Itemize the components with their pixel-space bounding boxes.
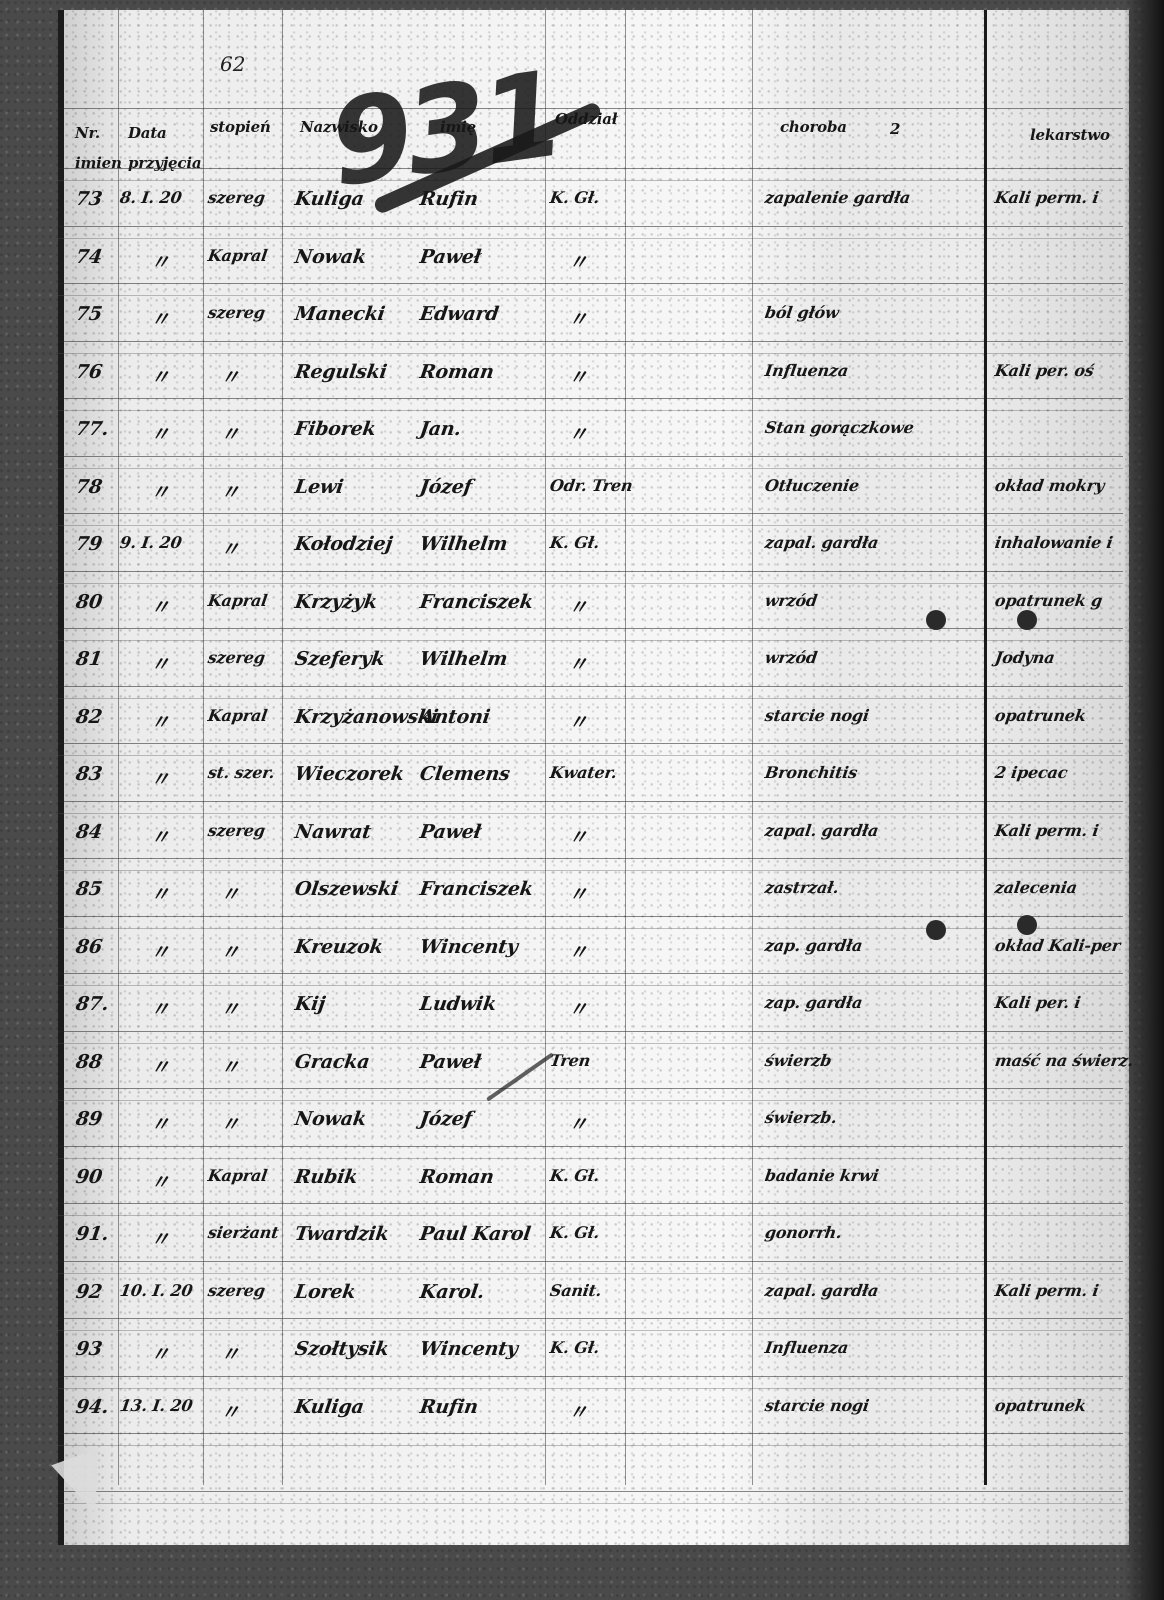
cell-given: Wincenty: [418, 1338, 519, 1360]
ruled-line-faint: [58, 583, 1123, 584]
cell-treatment: zalecenia: [994, 878, 1079, 897]
cell-rank: 〃: [220, 1051, 240, 1080]
cell-illness: Influenza: [764, 361, 850, 380]
cell-rank: 〃: [220, 533, 240, 562]
cell-rank: 〃: [220, 936, 240, 965]
cell-unit: 〃: [568, 303, 588, 332]
ruled-line: [58, 1376, 1123, 1377]
cell-no: 74: [74, 246, 103, 268]
cell-rank: szereg: [207, 1281, 267, 1300]
ruled-line: [58, 456, 1123, 457]
cell-rank: 〃: [220, 1108, 240, 1137]
cell-illness: badanie krwi: [764, 1166, 880, 1185]
cell-no: 94.: [74, 1396, 110, 1418]
cell-treatment: okład Kali-per: [994, 936, 1122, 955]
cell-date: 〃: [150, 1051, 170, 1080]
cell-given: Wilhelm: [418, 648, 508, 670]
ruled-line: [58, 1203, 1123, 1204]
cell-surname: Nawrat: [293, 821, 372, 843]
ruled-line: [58, 513, 1123, 514]
cell-treatment: opatrunek: [994, 706, 1087, 725]
ruled-line: [58, 168, 1123, 169]
ruled-line-faint: [58, 985, 1123, 986]
ruled-line-faint: [58, 180, 1123, 181]
cell-surname: Fiborek: [293, 418, 377, 440]
cell-illness: Bronchitis: [764, 763, 859, 782]
cell-unit: Odr. Tren: [549, 476, 634, 495]
cell-treatment: Kali perm. i: [994, 821, 1100, 840]
cell-rank: 〃: [220, 1338, 240, 1367]
cell-given: Franciszek: [418, 878, 534, 900]
cell-no: 86: [74, 936, 103, 958]
page-number: 62: [220, 52, 245, 76]
cell-surname: Lewi: [293, 476, 344, 498]
cell-no: 76: [74, 361, 103, 383]
cell-given: Karol.: [418, 1281, 485, 1303]
ruled-line-faint: [58, 1445, 1123, 1446]
cell-no: 82: [74, 706, 103, 728]
ruled-line-faint: [58, 238, 1123, 239]
header-given-name: imię: [440, 118, 476, 136]
cell-date: 〃: [150, 361, 170, 390]
cell-date: 〃: [150, 591, 170, 620]
ruled-line-faint: [58, 410, 1123, 411]
ruled-line: [58, 1088, 1123, 1089]
cell-no: 89: [74, 1108, 103, 1130]
cell-no: 79: [74, 533, 103, 555]
cell-given: Paweł: [418, 1051, 482, 1073]
cell-illness: zap. gardła: [764, 993, 864, 1012]
cell-unit: K. Gł.: [549, 1338, 601, 1357]
ruled-line-faint: [58, 1273, 1123, 1274]
cell-given: Wilhelm: [418, 533, 508, 555]
cell-illness: starcie nogi: [764, 1396, 871, 1415]
cell-given: Edward: [418, 303, 500, 325]
cell-date: 〃: [150, 476, 170, 505]
cell-surname: Szołtysik: [293, 1338, 390, 1360]
column-divider: [545, 10, 546, 1485]
cell-given: Ludwik: [418, 993, 497, 1015]
cell-treatment: opatrunek g: [994, 591, 1104, 610]
cell-no: 90: [74, 1166, 103, 1188]
ruled-line-faint: [58, 813, 1123, 814]
ruled-line-faint: [58, 1388, 1123, 1389]
cell-unit: 〃: [568, 361, 588, 390]
header-illness-mark: 2: [890, 120, 900, 138]
ruled-line: [58, 1261, 1123, 1262]
ruled-line-faint: [58, 1215, 1123, 1216]
cell-rank: Kapral: [207, 246, 269, 265]
ruled-line: [58, 858, 1123, 859]
cell-rank: Kapral: [207, 1166, 269, 1185]
header-treatment: lekarstwo: [1030, 126, 1110, 144]
column-divider: [118, 10, 119, 1485]
cell-illness: świerzb: [764, 1051, 833, 1070]
cell-given: Franciszek: [418, 591, 534, 613]
column-divider: [752, 10, 753, 1485]
cell-treatment: maść na świerz.: [994, 1051, 1135, 1070]
cell-no: 73: [74, 188, 103, 210]
cell-date: 〃: [150, 706, 170, 735]
ruled-line-faint: [58, 1330, 1123, 1331]
cell-given: Paweł: [418, 246, 482, 268]
header-date: Data przyjęcia: [128, 118, 198, 178]
cell-treatment: Kali per. i: [994, 993, 1082, 1012]
cell-unit: 〃: [568, 418, 588, 447]
cell-unit: 〃: [568, 591, 588, 620]
binding-shadow: [1124, 0, 1164, 1600]
cell-rank: szereg: [207, 303, 267, 322]
column-divider-heavy: [984, 10, 987, 1485]
cell-date: 〃: [150, 303, 170, 332]
cell-rank: 〃: [220, 993, 240, 1022]
cell-rank: sierżant: [207, 1223, 280, 1242]
cell-date: 8. I. 20: [119, 188, 183, 207]
cell-surname: Gracka: [293, 1051, 370, 1073]
cell-unit: K. Gł.: [549, 533, 601, 552]
cell-unit: 〃: [568, 706, 588, 735]
cell-treatment: Jodyna: [994, 648, 1056, 667]
cell-given: Rufin: [418, 188, 479, 210]
cell-unit: K. Gł.: [549, 1223, 601, 1242]
ruled-line-faint: [58, 698, 1123, 699]
header-unit: Oddział: [555, 110, 617, 128]
cell-illness: gonorrh.: [764, 1223, 843, 1242]
cell-rank: 〃: [220, 1396, 240, 1425]
cell-illness: zapal. gardła: [764, 821, 880, 840]
cell-treatment: inhalowanie i: [994, 533, 1114, 552]
cell-illness: zapal. gardła: [764, 1281, 880, 1300]
cell-no: 83: [74, 763, 103, 785]
cell-unit: 〃: [568, 936, 588, 965]
ruled-line: [58, 916, 1123, 917]
cell-no: 78: [74, 476, 103, 498]
ruled-line-faint: [58, 1158, 1123, 1159]
ruled-line: [58, 1318, 1123, 1319]
header-no-text: Nr. imien: [75, 118, 115, 178]
punch-hole: [926, 610, 946, 630]
cell-no: 77.: [74, 418, 110, 440]
cell-surname: Nowak: [293, 1108, 367, 1130]
cell-unit: 〃: [568, 1396, 588, 1425]
ruled-line: [58, 571, 1123, 572]
cell-rank: Kapral: [207, 591, 269, 610]
ruled-line-faint: [58, 1503, 1123, 1504]
cell-given: Roman: [418, 1166, 495, 1188]
cell-surname: Kołodziej: [293, 533, 393, 555]
ruled-line: [58, 1031, 1123, 1032]
cell-illness: Otłuczenie: [764, 476, 861, 495]
cell-date: 9. I. 20: [119, 533, 183, 552]
cell-treatment: opatrunek: [994, 1396, 1087, 1415]
cell-unit: 〃: [568, 1108, 588, 1137]
cell-given: Clemens: [418, 763, 511, 785]
ruled-line: [58, 801, 1123, 802]
cell-no: 80: [74, 591, 103, 613]
cell-treatment: Kali perm. i: [994, 1281, 1100, 1300]
cell-given: Roman: [418, 361, 495, 383]
cell-no: 84: [74, 821, 103, 843]
cell-no: 81: [74, 648, 103, 670]
cell-illness: ból głów: [764, 303, 840, 322]
ruled-line-faint: [58, 468, 1123, 469]
header-rank: stopień: [210, 118, 271, 136]
cell-unit: K. Gł.: [549, 188, 601, 207]
cell-date: 13. I. 20: [119, 1396, 194, 1415]
cell-date: 〃: [150, 936, 170, 965]
ruled-line: [58, 686, 1123, 687]
cell-illness: wrzód: [764, 591, 819, 610]
cell-unit: Sanit.: [549, 1281, 603, 1300]
cell-given: Jan.: [418, 418, 462, 440]
cell-date: 〃: [150, 1338, 170, 1367]
ruled-line: [58, 743, 1123, 744]
cell-no: 88: [74, 1051, 103, 1073]
cell-treatment: okład mokry: [994, 476, 1106, 495]
cell-illness: Influenza: [764, 1338, 850, 1357]
ruled-line-faint: [58, 525, 1123, 526]
cell-date: 〃: [150, 418, 170, 447]
cell-no: 85: [74, 878, 103, 900]
cell-given: Józef: [418, 476, 473, 498]
cell-surname: Krzyżyk: [293, 591, 378, 613]
ruled-line-faint: [58, 295, 1123, 296]
cell-illness: zapalenie gardła: [764, 188, 912, 207]
cell-surname: Kij: [293, 993, 326, 1015]
cell-date: 〃: [150, 1108, 170, 1137]
punch-hole: [1017, 915, 1037, 935]
cell-date: 10. I. 20: [119, 1281, 194, 1300]
cell-treatment: 2 ipecac: [994, 763, 1069, 782]
ruled-line: [58, 1491, 1123, 1492]
header-illness: choroba: [780, 118, 847, 136]
cell-no: 91.: [74, 1223, 110, 1245]
cell-surname: Lorek: [293, 1281, 356, 1303]
cell-unit: 〃: [568, 993, 588, 1022]
cell-given: Paul Karol: [418, 1223, 532, 1245]
cell-surname: Kuliga: [293, 1396, 365, 1418]
cell-unit: Kwater.: [549, 763, 618, 782]
cell-no: 92: [74, 1281, 103, 1303]
cell-date: 〃: [150, 1166, 170, 1195]
column-divider: [625, 10, 626, 1485]
cell-surname: Manecki: [293, 303, 386, 325]
cell-unit: K. Gł.: [549, 1166, 601, 1185]
ruled-line: [58, 628, 1123, 629]
cell-no: 75: [74, 303, 103, 325]
header-surname: Nazwisko: [300, 118, 378, 136]
cell-date: 〃: [150, 1223, 170, 1252]
cell-surname: Wieczorek: [293, 763, 405, 785]
cell-rank: Kapral: [207, 706, 269, 725]
ruled-line: [58, 341, 1123, 342]
cell-date: 〃: [150, 821, 170, 850]
cell-rank: szereg: [207, 188, 267, 207]
cell-rank: 〃: [220, 878, 240, 907]
ruled-line-faint: [58, 353, 1123, 354]
cell-surname: Kuliga: [293, 188, 365, 210]
ruled-line: [58, 1146, 1123, 1147]
ruled-line-faint: [58, 870, 1123, 871]
cell-illness: starcie nogi: [764, 706, 871, 725]
column-divider: [203, 10, 204, 1485]
ruled-line: [58, 283, 1123, 284]
cell-illness: zap. gardła: [764, 936, 864, 955]
ruled-line: [58, 973, 1123, 974]
ruled-line-faint: [58, 755, 1123, 756]
cell-no: 87.: [74, 993, 110, 1015]
cell-rank: 〃: [220, 418, 240, 447]
ruled-line: [58, 398, 1123, 399]
column-divider: [282, 10, 283, 1485]
cell-surname: Nowak: [293, 246, 367, 268]
cell-date: 〃: [150, 763, 170, 792]
cell-treatment: Kali perm. i: [994, 188, 1100, 207]
cell-surname: Krzyżanowski: [293, 706, 439, 728]
cell-rank: 〃: [220, 361, 240, 390]
cell-date: 〃: [150, 993, 170, 1022]
cell-rank: 〃: [220, 476, 240, 505]
cell-illness: Stan gorączkowe: [764, 418, 915, 437]
punch-hole: [1017, 610, 1037, 630]
cell-unit: 〃: [568, 821, 588, 850]
cell-surname: Regulski: [293, 361, 388, 383]
cell-unit: 〃: [568, 648, 588, 677]
cell-unit: 〃: [568, 878, 588, 907]
cell-illness: zapal. gardła: [764, 533, 880, 552]
cell-treatment: Kali per. oś: [994, 361, 1095, 380]
cell-unit: 〃: [568, 246, 588, 275]
cell-rank: st. szer.: [207, 763, 276, 782]
cell-surname: Rubik: [293, 1166, 358, 1188]
cell-rank: szereg: [207, 821, 267, 840]
ruled-line-faint: [58, 640, 1123, 641]
cell-illness: wrzód: [764, 648, 819, 667]
cell-given: Antoni: [418, 706, 491, 728]
punch-hole: [926, 920, 946, 940]
cell-illness: zastrzał.: [764, 878, 840, 897]
cell-date: 〃: [150, 648, 170, 677]
cell-unit: Tren: [549, 1051, 592, 1070]
cell-no: 93: [74, 1338, 103, 1360]
ruled-line: [58, 1433, 1123, 1434]
cell-given: Rufin: [418, 1396, 479, 1418]
cell-illness: świerzb.: [764, 1108, 838, 1127]
cell-surname: Olszewski: [293, 878, 399, 900]
cell-given: Paweł: [418, 821, 482, 843]
cell-date: 〃: [150, 246, 170, 275]
header-no: Nr. imien: [75, 118, 115, 178]
cell-surname: Szeferyk: [293, 648, 386, 670]
ruled-line-faint: [58, 928, 1123, 929]
cell-given: Wincenty: [418, 936, 519, 958]
cell-rank: szereg: [207, 648, 267, 667]
cell-surname: Twardzik: [293, 1223, 390, 1245]
cell-surname: Kreuzok: [293, 936, 384, 958]
ruled-line-faint: [58, 1100, 1123, 1101]
ruled-line: [58, 226, 1123, 227]
cell-date: 〃: [150, 878, 170, 907]
ruled-line-faint: [58, 1043, 1123, 1044]
cell-given: Józef: [418, 1108, 473, 1130]
